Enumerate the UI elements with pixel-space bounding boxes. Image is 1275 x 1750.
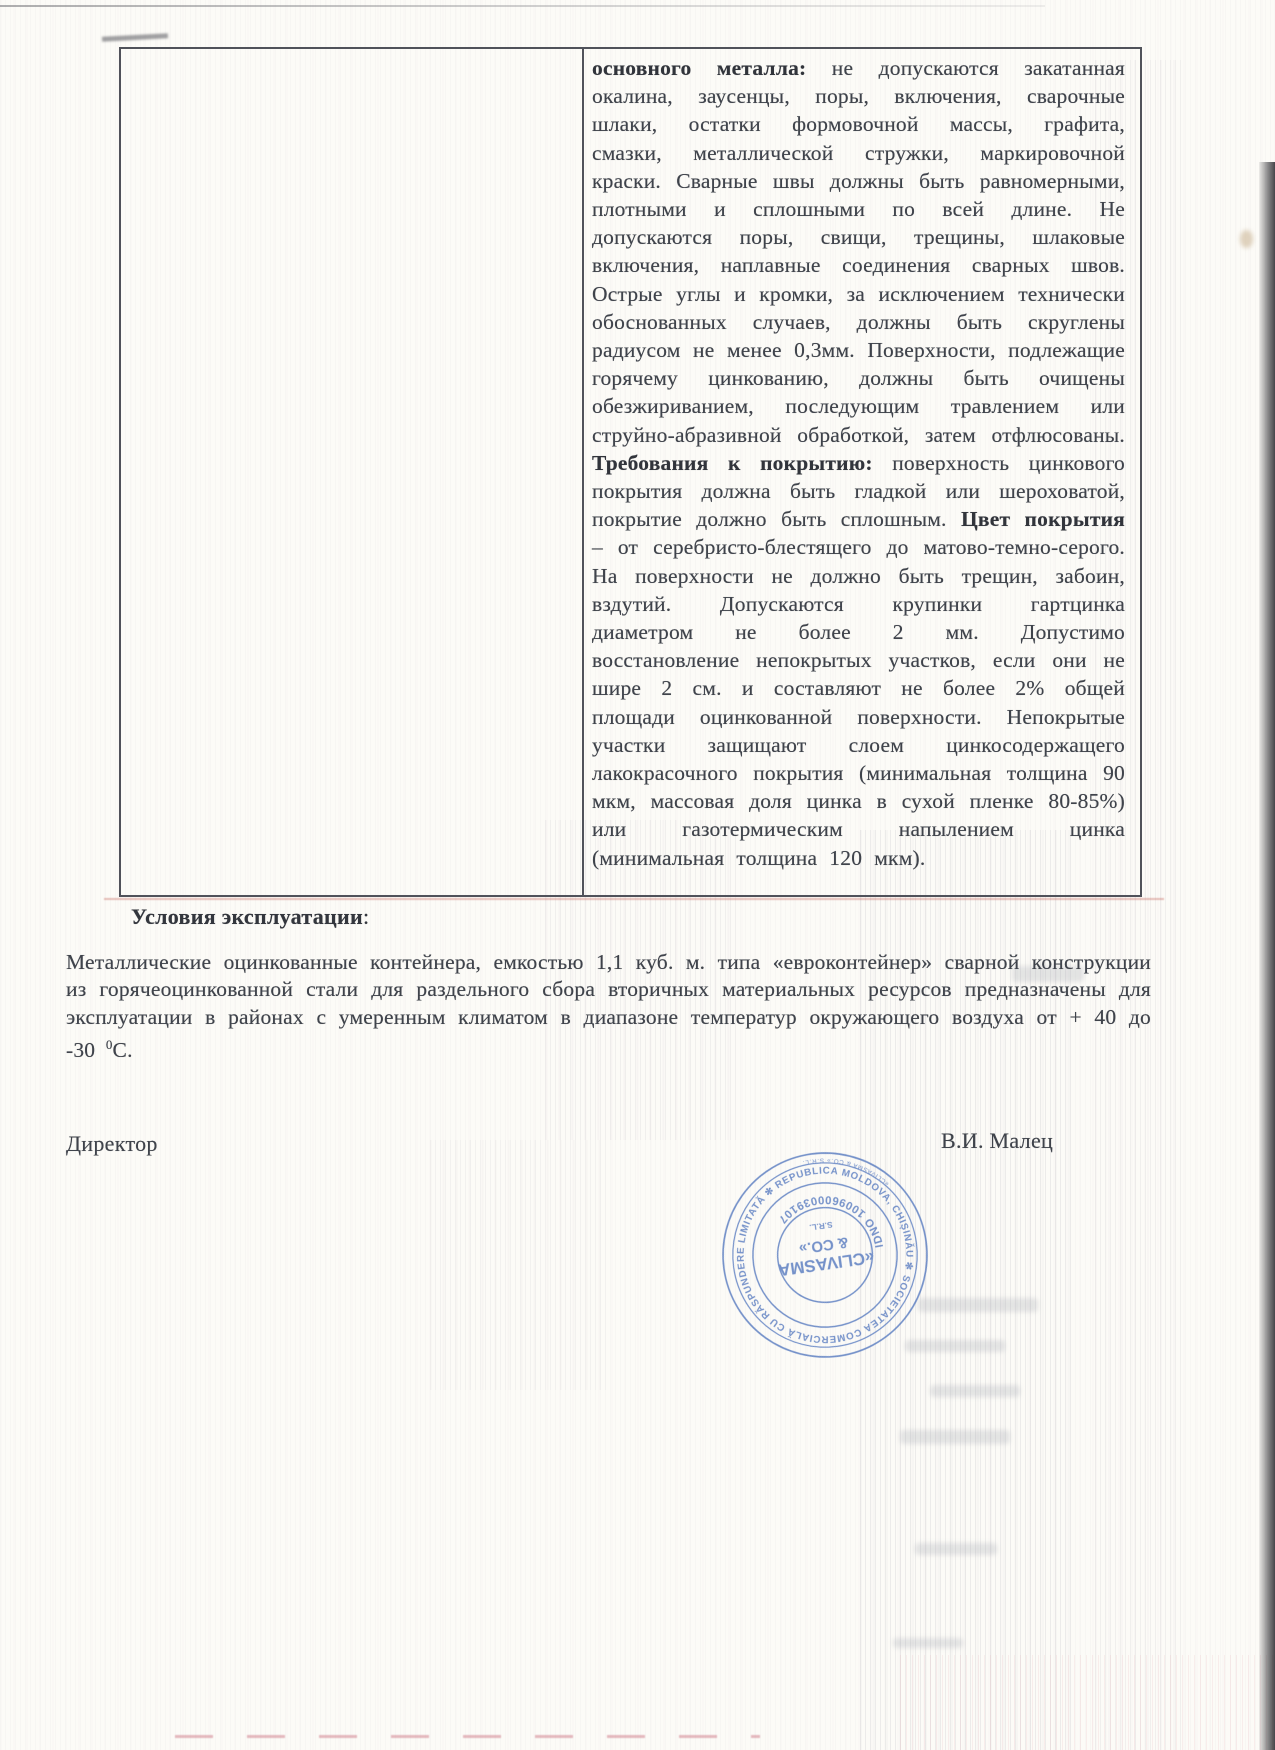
scan-pink-streaks (900, 1655, 1275, 1750)
scan-streak-band (430, 1140, 610, 1390)
requirements-text-1: не допускаются закатанная окалина, заусе… (592, 56, 1125, 447)
scan-edge-right (1259, 162, 1275, 1750)
operating-conditions-paragraph: Металлические оцинкованные контейнера, е… (66, 949, 1151, 1065)
stamp-center-text: «CLIVASMA & CO.» S.R.L. (772, 1215, 875, 1280)
heading-text: Условия эксплуатации (131, 904, 363, 929)
company-stamp-seal: SOCIETATEA COMERCIALĂ CU RĂSPUNDERE LIMI… (700, 1130, 950, 1380)
stamp-rim-text: «CLIVASMA & CO.» S.R.L. (800, 1148, 893, 1187)
scan-artifact (893, 1638, 963, 1648)
signature-role: Директор (66, 1131, 158, 1157)
heading-colon: : (363, 904, 369, 929)
stamp-outer-ring-text: SOCIETATEA COMERCIALĂ CU RĂSPUNDERE LIMI… (717, 1147, 934, 1364)
scan-artifact (905, 1340, 1005, 1352)
stamp-center-line3: S.R.L. (809, 1220, 833, 1232)
stamp-inner-circle (768, 1198, 883, 1313)
scan-edge-top (0, 5, 1045, 7)
stamp-outer-circle (701, 1131, 948, 1378)
degree-superscript: 0 (106, 1037, 113, 1052)
table-cell-requirements-text: основного металла: не допускаются заката… (584, 52, 1129, 874)
bold-lead-base-metal: основного металла: (592, 56, 806, 80)
scan-artifact (918, 1298, 1038, 1312)
spec-table: основного металла: не допускаются заката… (119, 47, 1142, 897)
scanned-document-page: основного металла: не допускаются заката… (0, 0, 1275, 1750)
scan-artifact (104, 898, 1164, 900)
paragraph-tail: С. (113, 1038, 133, 1062)
stamp-idno-text: IDNO 1009600039107 (774, 1181, 896, 1251)
scan-artifact (930, 1385, 1020, 1397)
bold-coating-color: Цвет покрытия (961, 507, 1125, 531)
paragraph-text: Металлические оцинкованные контейнера, е… (66, 950, 1151, 1062)
scan-artifact (900, 1430, 1010, 1444)
stamp-center-line2: & CO.» (798, 1233, 850, 1257)
bold-coating-requirements: Требования к покрытию: (592, 451, 873, 475)
stamp-center-line1: «CLIVASMA (777, 1247, 876, 1279)
scan-artifact (915, 1543, 997, 1555)
section-heading-operating-conditions: Условия эксплуатации: (131, 904, 369, 930)
scan-artifact (175, 1735, 760, 1738)
stamp-circle-3 (738, 1168, 913, 1343)
stamp-circle-2 (713, 1143, 936, 1366)
requirements-text-3: – от серебристо-блестящего до матово-тем… (592, 535, 1125, 869)
scan-artifact (102, 33, 168, 41)
scan-artifact (1240, 230, 1253, 248)
signature-name: В.И. Малец (941, 1128, 1053, 1154)
